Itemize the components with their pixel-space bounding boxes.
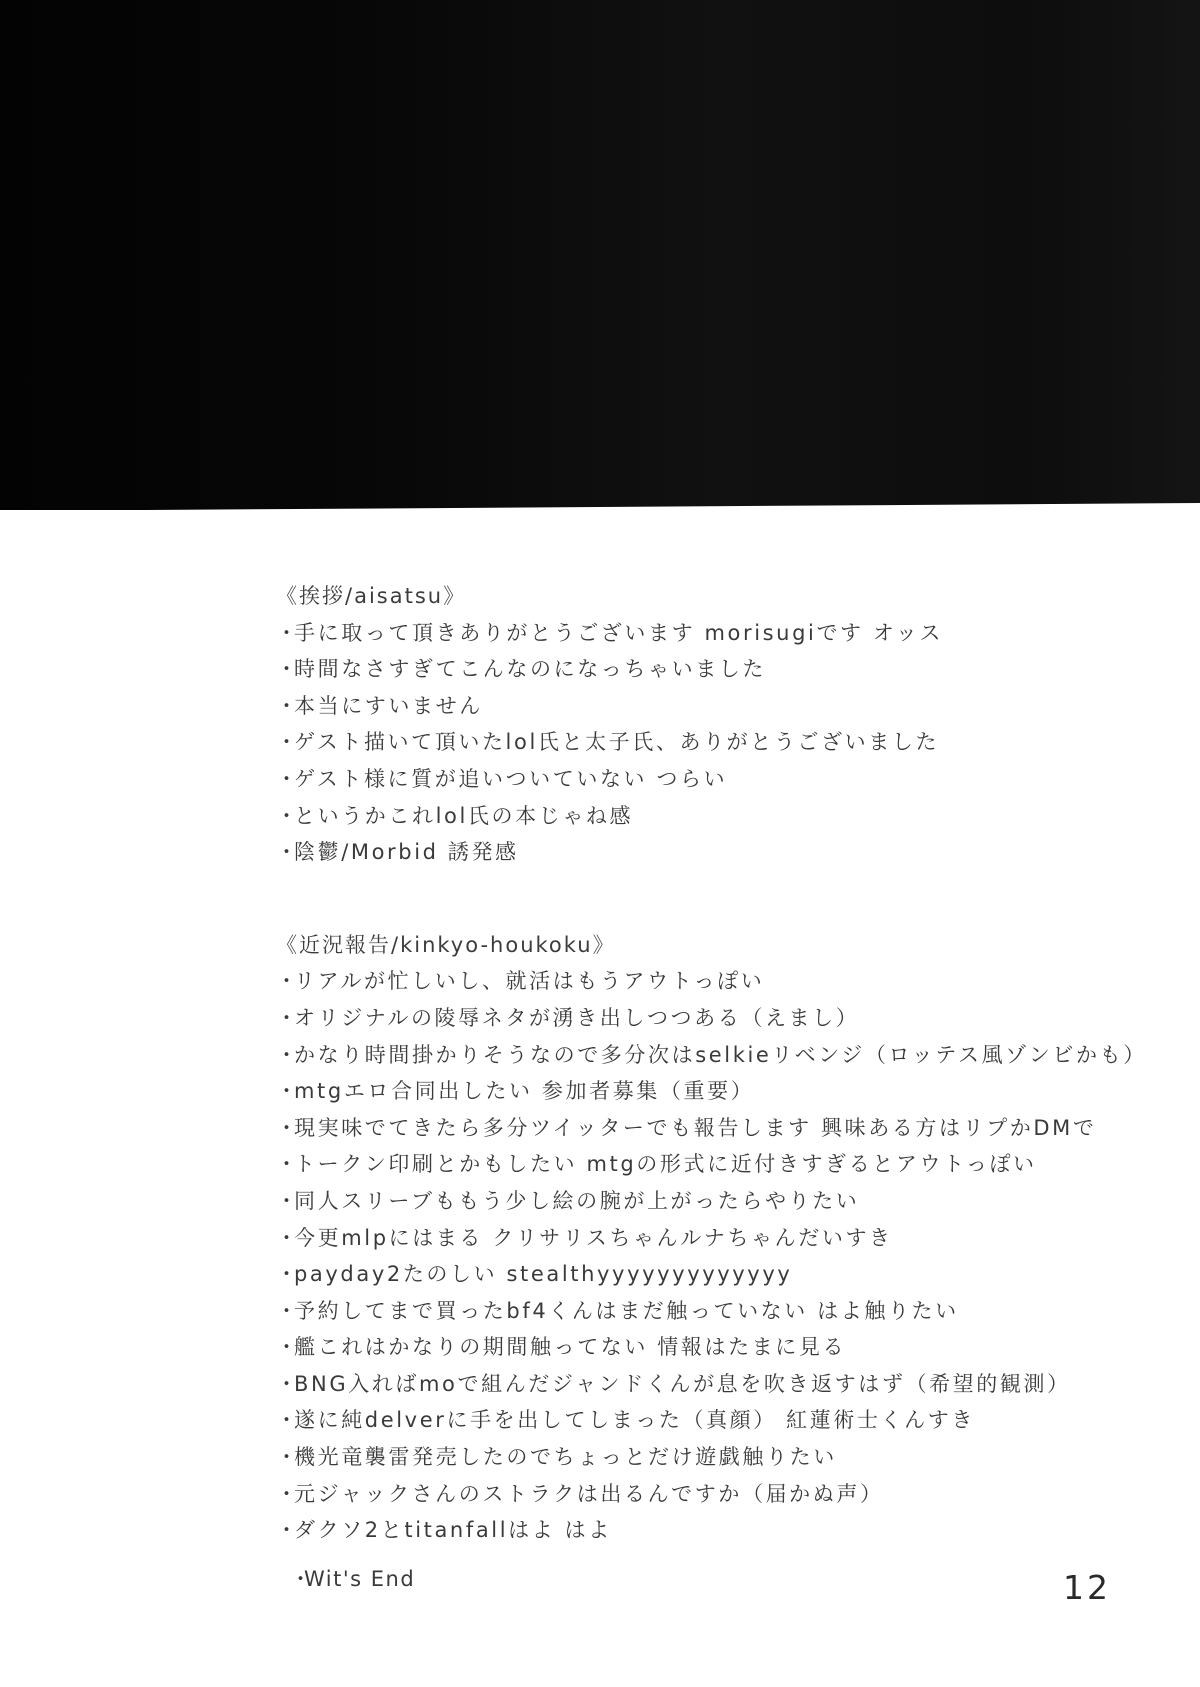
list-item: ・BNG入ればmoで組んだジャンドくんが息を吹き返すはず（希望的観測） [276,1366,1176,1403]
bullet-dot: ・ [276,963,294,1000]
bullet-dot: ・ [276,724,294,761]
section-gap [276,871,1176,927]
black-image-band [0,0,1200,510]
bullet-dot: ・ [276,1146,294,1183]
list-item: ・今更mlpにはまる クリサリスちゃんルナちゃんだいすき [276,1220,1176,1257]
list-item: ・艦これはかなりの期間触ってない 情報はたまに見る [276,1329,1176,1366]
list-item: ・というかこれlol氏の本じゃね感 [276,798,1176,835]
list-item: ・同人スリーブももう少し絵の腕が上がったらやりたい [276,1183,1176,1220]
list-item: ・手に取って頂きありがとうございます morisugiです オッス [276,615,1176,652]
list-item: ・予約してまで買ったbf4くんはまだ触っていない はよ触りたい [276,1293,1176,1330]
bullet-dot: ・ [276,1476,294,1513]
bullet-dot: ・ [276,1366,294,1403]
bullet-dot: ・ [276,1037,294,1074]
bullet-dot: ・ [276,834,294,871]
list-item: ・ゲスト描いて頂いたlol氏と太子氏、ありがとうございました [276,724,1176,761]
bullet-dot: ・ [276,1183,294,1220]
list-item: ・トークン印刷とかもしたい mtgの形式に近付きすぎるとアウトっぽい [276,1146,1176,1183]
list-item: ・時間なさすぎてこんなのになっちゃいました [276,651,1176,688]
list-item: ・本当にすいません [276,688,1176,725]
bullet-dot: ・ [276,1329,294,1366]
bullet-dot: ・ [276,1110,294,1147]
bullet-dot: ・ [276,798,294,835]
bullet-dot: ・ [276,615,294,652]
bullet-dot: ・ [276,1073,294,1110]
list-item: ・mtgエロ合同出したい 参加者募集（重要） [276,1073,1176,1110]
list-item: ・遂に純delverに手を出してしまった（真顔） 紅蓮術士くんすき [276,1402,1176,1439]
list-item: ・リアルが忙しいし、就活はもうアウトっぽい [276,963,1176,1000]
bullet-dot: ・ [276,688,294,725]
list-item: ・かなり時間掛かりそうなので多分次はselkieリベンジ（ロッテス風ゾンビかも） [276,1037,1176,1074]
list-item: ・元ジャックさんのストラクは出るんですか（届かぬ声） [276,1476,1176,1513]
list-item: ・ゲスト様に質が追いついていない つらい [276,761,1176,798]
bullet-dot: ・ [276,1512,294,1549]
afterword-text: 《挨拶/aisatsu》 ・手に取って頂きありがとうございます morisugi… [276,578,1176,1549]
bullet-dot: ・ [276,1293,294,1330]
page-number: 12 [1063,1568,1111,1607]
list-item: ・オリジナルの陵辱ネタが湧き出しつつある（えまし） [276,1000,1176,1037]
bullet-dot: ・ [290,1563,304,1593]
bullet-dot: ・ [276,651,294,688]
bullet-dot: ・ [276,761,294,798]
bullet-dot: ・ [276,1256,294,1293]
bullet-dot: ・ [276,1000,294,1037]
list-item: ・現実味でてきたら多分ツイッターでも報告します 興味ある方はリプかDMで [276,1110,1176,1147]
bullet-dot: ・ [276,1220,294,1257]
list-item: ・payday2たのしい stealthyyyyyyyyyyyyy [276,1256,1176,1293]
bullet-dot: ・ [276,1402,294,1439]
section-title-aisatsu: 《挨拶/aisatsu》 [276,578,1176,615]
section-title-kinkyo-houkoku: 《近況報告/kinkyo-houkoku》 [276,927,1176,964]
list-item: ・陰鬱/Morbid 誘発感 [276,834,1176,871]
bullet-dot: ・ [276,1439,294,1476]
list-item: ・機光竜襲雷発売したのでちょっとだけ遊戯触りたい [276,1439,1176,1476]
footer-circle-name: ・Wit's End [290,1563,415,1593]
list-item: ・ダクソ2とtitanfallはよ はよ [276,1512,1176,1549]
